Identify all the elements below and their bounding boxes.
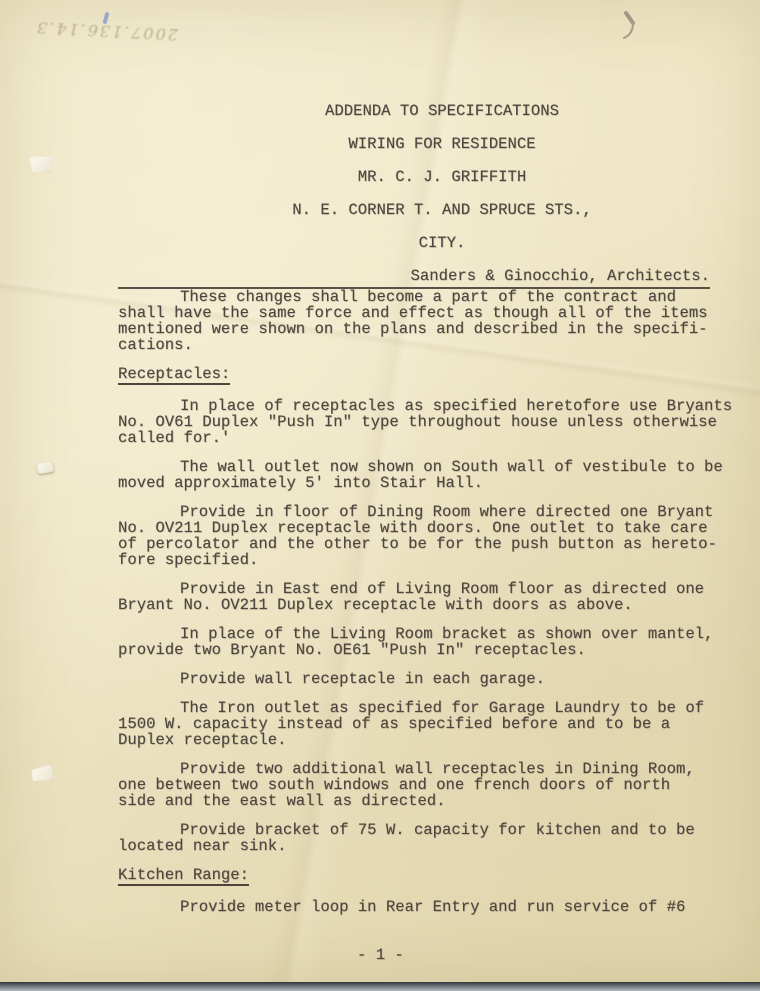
intro-paragraph: These changes shall become a part of the… [118,289,710,353]
scanner-edge [0,982,760,991]
staple-tear-mark [36,461,54,474]
typed-line: moved approximately 5' into Stair Hall. [118,475,710,491]
typed-line: Provide in floor of Dining Room where di… [118,504,710,520]
typed-line: fore specified. [118,552,710,568]
document-title-block: ADDENDA TO SPECIFICATIONS WIRING FOR RES… [174,103,710,251]
typed-line: Provide meter loop in Rear Entry and run… [118,899,710,915]
typed-line: These changes shall become a part of the… [118,289,710,305]
typed-line: located near sink. [118,838,710,854]
paragraph: Provide meter loop in Rear Entry and run… [118,899,710,915]
typed-line: The wall outlet now shown on South wall … [118,459,710,475]
typed-line: 1500 W. capacity instead of as specified… [118,716,710,732]
paragraph: The wall outlet now shown on South wall … [118,459,710,491]
typed-line: shall have the same force and effect as … [118,305,710,321]
title-line: MR. C. J. GRIFFITH [174,169,710,185]
typed-line: cations. [118,337,710,353]
paragraph: In place of receptacles as specified her… [118,398,710,446]
typed-line: Bryant No. OV211 Duplex receptacle with … [118,597,710,613]
title-line: N. E. CORNER T. AND SPRUCE STS., [174,202,710,218]
pencil-check-mark [612,8,646,48]
page-number: - 1 - [357,946,404,964]
typed-line: Provide two additional wall receptacles … [118,761,710,777]
paragraph: Provide bracket of 75 W. capacity for ki… [118,822,710,854]
paragraph: Provide in floor of Dining Room where di… [118,504,710,568]
paragraph: In place of the Living Room bracket as s… [118,626,710,658]
paragraph: Provide wall receptacle in each garage. [118,671,710,687]
typed-line: In place of the Living Room bracket as s… [118,626,710,642]
staple-tear-mark [28,154,55,174]
scanned-page: 2007.136.14.3 ADDENDA TO SPECIFICATIONS … [0,0,760,983]
paragraph: Provide in East end of Living Room floor… [118,581,710,613]
typed-line: Provide wall receptacle in each garage. [118,671,710,687]
typed-line: Provide in East end of Living Room floor… [118,581,710,597]
typed-line: Duplex receptacle. [118,732,710,748]
architect-name: Sanders & Ginocchio, Architects. [411,267,710,285]
typed-line: Provide bracket of 75 W. capacity for ki… [118,822,710,838]
architect-signature-rule: Sanders & Ginocchio, Architects. [118,268,710,289]
paragraph: Provide two additional wall receptacles … [118,761,710,809]
title-line: CITY. [174,235,710,251]
typed-line: one between two south windows and one fr… [118,777,710,793]
section-heading-receptacles: Receptacles: [118,366,710,385]
typed-document: ADDENDA TO SPECIFICATIONS WIRING FOR RES… [118,103,710,928]
typed-line: of percolator and the other to be for th… [118,536,710,552]
typed-line: mentioned were shown on the plans and de… [118,321,710,337]
typed-line: provide two Bryant No. OE61 "Push In" re… [118,642,710,658]
title-line: WIRING FOR RESIDENCE [174,136,710,152]
typed-line: In place of receptacles as specified her… [118,398,710,414]
section-heading-kitchen-range: Kitchen Range: [118,867,710,886]
typed-line: No. OV211 Duplex receptacle with doors. … [118,520,710,536]
paragraph: The Iron outlet as specified for Garage … [118,700,710,748]
handwritten-accession-number: 2007.136.14.3 [48,19,179,45]
typed-line: called for.' [118,430,710,446]
typed-line: No. OV61 Duplex "Push In" type throughou… [118,414,710,430]
typed-line: side and the east wall as directed. [118,793,710,809]
title-line: ADDENDA TO SPECIFICATIONS [174,103,710,119]
staple-tear-mark [29,763,55,784]
typed-line: The Iron outlet as specified for Garage … [118,700,710,716]
